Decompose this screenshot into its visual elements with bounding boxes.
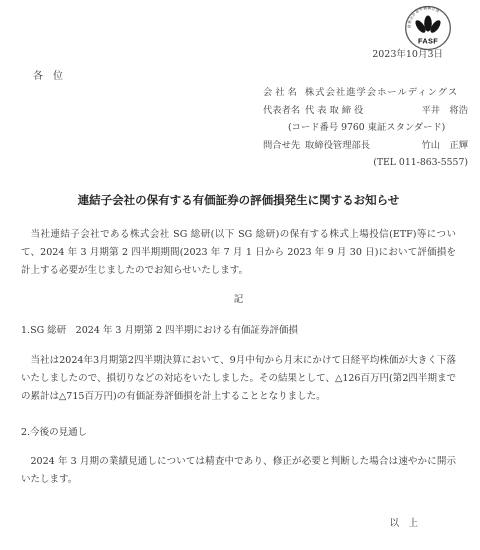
stock-code-value: (コード番号 9760 東証スタンダード) [288,119,445,137]
recipient-line: 各 位 [33,67,63,82]
company-info-block: 会 社 名 株式会社進学会ホールディングス 代表者名 代 表 取 締 役 平井 … [263,84,468,172]
company-name-label: 会 社 名 [263,84,305,102]
representative-row: 代表者名 代 表 取 締 役 平井 将浩 [263,102,468,120]
representative-label: 代表者名 [263,102,305,120]
section2-heading: 2.今後の見通し [21,424,456,442]
contact-name: 竹山 正輝 [422,137,469,155]
company-name-value: 株式会社進学会ホールディングス [305,84,458,102]
section1-heading: 1.SG 総研 2024 年 3 月期第 2 四半期における有価証券評価損 [21,322,456,340]
representative-title: 代 表 取 締 役 [305,102,363,120]
document-date: 2023年10月3日 [372,49,443,61]
representative-name: 平井 将浩 [422,102,469,120]
contact-title: 取締役管理部長 [305,137,370,155]
stock-code-row: (コード番号 9760 東証スタンダード) [263,119,468,137]
company-name-row: 会 社 名 株式会社進学会ホールディングス [263,84,468,102]
contact-row: 問合せ先 取締役管理部長 竹山 正輝 [263,137,468,155]
document-title: 連結子会社の保有する有価証券の評価損発生に関するお知らせ [21,193,456,207]
contact-label: 問合せ先 [263,137,305,155]
seal-fasf-label: FASF [418,37,438,46]
section1-paragraph: 当社は2024年3月期第2四半期決算において、9月中旬から月末にかけて日経平均株… [21,352,456,406]
intro-paragraph: 当社連結子会社である株式会社 SG 総研(以下 SG 総研)の保有する株式上場投… [21,226,456,280]
fasf-member-seal-icon: 財務会計基準機構会員 FASF [404,5,452,51]
phone-row: (TEL 011-863-5557) [263,154,468,172]
press-release-document: 財務会計基準機構会員 FASF 2023年10月3日 各 位 会 社 名 株式会… [0,0,480,550]
closing-marker: 以 上 [21,515,456,533]
phone-value: (TEL 011-863-5557) [373,154,468,172]
section2-paragraph: 2024 年 3 月期の業績見通しについては精査中であり、修正が必要と判断した場… [21,453,456,489]
notice-marker: 記 [21,291,456,309]
document-body: 連結子会社の保有する有価証券の評価損発生に関するお知らせ 当社連結子会社である株… [21,193,456,533]
